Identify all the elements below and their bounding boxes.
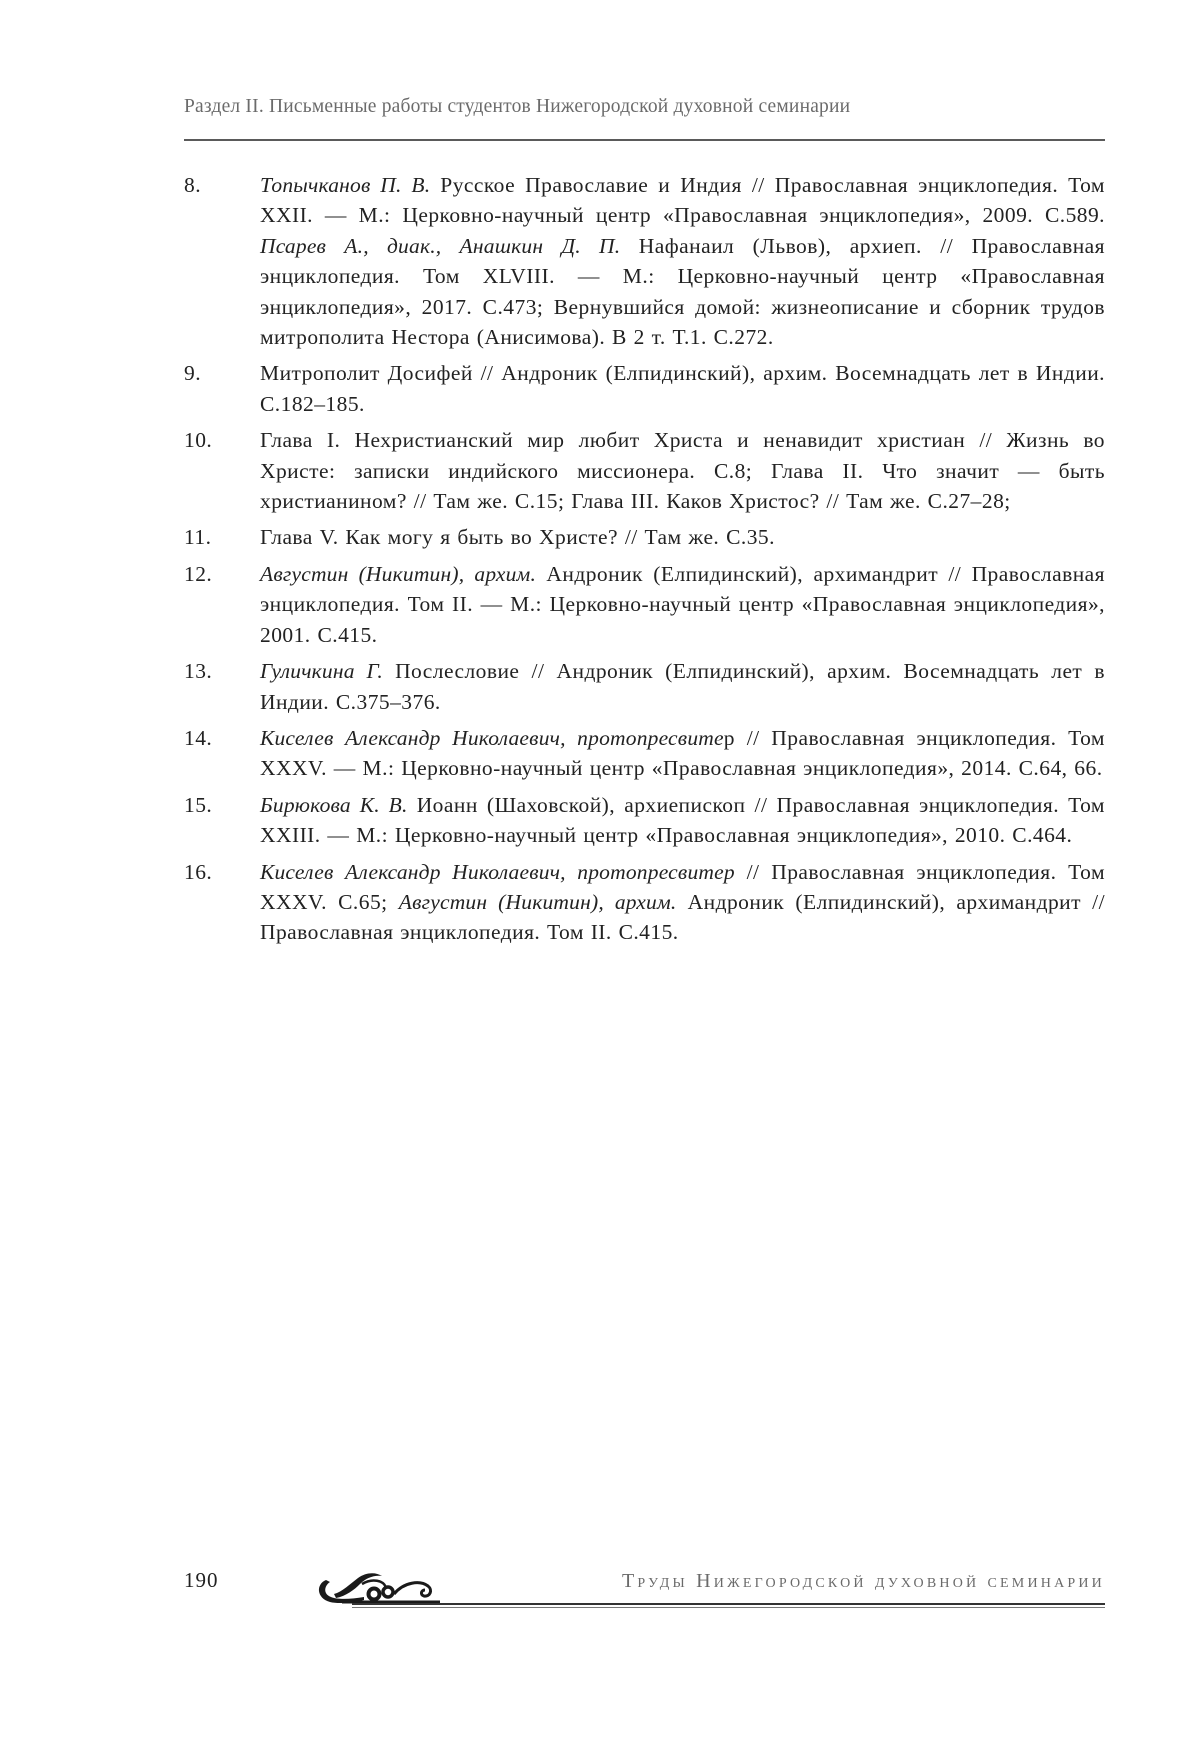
author-name: Псарев А., диак., Анашкин Д. П. [260, 234, 620, 258]
author-name: Топычканов П. В. [260, 173, 430, 197]
endnote-text: Топычканов П. В. Русское Православие и И… [260, 173, 1105, 349]
endnote-number: 11. [184, 522, 254, 552]
citation-text: Глава V. Как могу я быть во Христе? // Т… [260, 525, 775, 549]
endnote-item: 16.Киселев Александр Николаевич, протопр… [184, 857, 1105, 948]
endnote-item: 12.Августин (Никитин), архим. Андроник (… [184, 559, 1105, 650]
endnote-text: Августин (Никитин), архим. Андроник (Елп… [260, 562, 1105, 647]
endnote-text: Глава V. Как могу я быть во Христе? // Т… [260, 525, 775, 549]
citation-text: Глава I. Нехристианский мир любит Христа… [260, 428, 1105, 513]
endnote-item: 13.Гуличкина Г. Послесловие // Андроник … [184, 656, 1105, 717]
endnote-item: 10.Глава I. Нехристианский мир любит Хри… [184, 425, 1105, 516]
running-head: Раздел II. Письменные работы студентов Н… [184, 96, 1105, 118]
endnote-number: 15. [184, 790, 254, 820]
author-name: Гуличкина Г. [260, 659, 383, 683]
citation-text: Послесловие // Андроник (Елпидинский), а… [260, 659, 1105, 713]
endnote-item: 15.Бирюкова К. В. Иоанн (Шаховской), арх… [184, 790, 1105, 851]
endnote-text: Глава I. Нехристианский мир любит Христа… [260, 428, 1105, 513]
author-name: Августин (Никитин), архим. [399, 890, 677, 914]
flourish-ornament-icon [312, 1570, 440, 1606]
endnote-number: 14. [184, 723, 254, 753]
endnote-item: 14.Киселев Александр Николаевич, протопр… [184, 723, 1105, 784]
author-name: Киселев Александр Николаевич, протопресв… [260, 726, 724, 750]
author-name: Августин (Никитин), архим. [260, 562, 536, 586]
endnote-text: Гуличкина Г. Послесловие // Андроник (Ел… [260, 659, 1105, 713]
endnote-number: 16. [184, 857, 254, 887]
endnote-number: 9. [184, 358, 254, 388]
endnote-item: 11.Глава V. Как могу я быть во Христе? /… [184, 522, 1105, 552]
citation-text: Митрополит Досифей // Андроник (Елпидинс… [260, 361, 1105, 415]
endnote-number: 10. [184, 425, 254, 455]
author-name: Киселев Александр Николаевич, протопресв… [260, 860, 735, 884]
endnote-text: Киселев Александр Николаевич, протопресв… [260, 860, 1105, 945]
footer-rule-thin [352, 1607, 1105, 1608]
endnote-item: 8.Топычканов П. В. Русское Православие и… [184, 170, 1105, 352]
endnote-number: 13. [184, 656, 254, 686]
page-number: 190 [184, 1568, 219, 1593]
author-name: Бирюкова К. В. [260, 793, 408, 817]
header-rule [184, 139, 1105, 141]
endnotes-list: 8.Топычканов П. В. Русское Православие и… [184, 170, 1105, 954]
endnote-item: 9.Митрополит Досифей // Андроник (Елпиди… [184, 358, 1105, 419]
endnote-text: Бирюкова К. В. Иоанн (Шаховской), архиеп… [260, 793, 1105, 847]
footer-rule [352, 1603, 1105, 1605]
endnote-text: Митрополит Досифей // Андроник (Елпидинс… [260, 361, 1105, 415]
endnote-number: 8. [184, 170, 254, 200]
endnote-number: 12. [184, 559, 254, 589]
endnote-text: Киселев Александр Николаевич, протопресв… [260, 726, 1105, 780]
journal-title: Труды Нижегородской духовной семинарии [622, 1570, 1105, 1593]
